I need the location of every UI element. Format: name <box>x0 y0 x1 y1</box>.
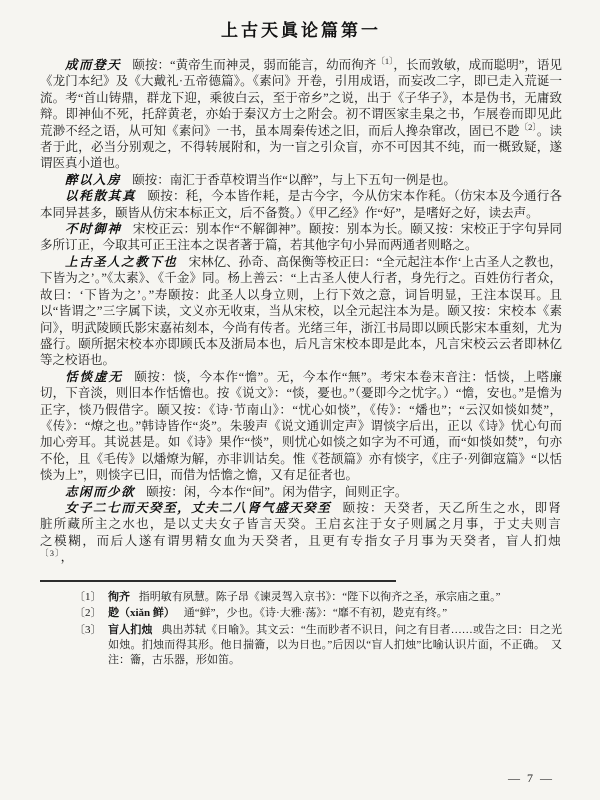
commentary-paragraph: 恬惔虚无颐按：惔，今本作“憺”。无，今本作“無”。考宋本卷末音注：恬惔，上嗒廉切… <box>40 369 562 484</box>
footnote-term: 徇齐 <box>108 591 130 603</box>
footnote-text: 徇齐指明敏有夙慧。陈子昂《谏灵驾入京书》：“陛下以徇齐之圣，承宗庙之重。” <box>108 590 562 605</box>
footnote-separator <box>40 580 396 582</box>
footnote-marker: 〔3〕 <box>74 623 108 667</box>
lemma-heading: 志闲而少欲 <box>65 485 135 499</box>
commentary-text: 颐按：惔，今本作“憺”。无，今本作“無”。考宋本卷末音注：恬惔，上嗒廉切，下音淡… <box>40 370 562 482</box>
lemma-heading: 醉以入房 <box>65 173 121 187</box>
commentary-paragraph: 成而登天颐按：“黄帝生而神灵，弱而能言，幼而徇齐〔1〕，长而敦敏，成而聪明”，语… <box>40 57 562 172</box>
footnote-marker: 〔2〕 <box>74 606 108 621</box>
footnote-item: 〔2〕 尟（xiǎn 鲜）通“鲜”，少也。《诗·大雅·荡》：“靡不有初，尟克有终… <box>40 606 562 621</box>
footnote-text: 盲人扪烛典出苏轼《日喻》。其文云：“生而眇者不识日，问之有目者……或告之曰：日之… <box>108 623 562 667</box>
commentary-paragraph: 以秏散其真颐按：秏，今本皆作耗，是古今字，今从仿宋本作秏。（仿宋本及今通行各本同… <box>40 188 562 221</box>
footnote-marker: 〔1〕 <box>74 590 108 605</box>
page-number: — 7 — <box>508 771 554 786</box>
scanned-book-page: 上古天眞论篇第一 成而登天颐按：“黄帝生而神灵，弱而能言，幼而徇齐〔1〕，长而敦… <box>0 0 600 800</box>
commentary-paragraph: 不时御神宋校正云：别本作“不解御神”。颐按：别本为长。颐又按：宋校正于字句异同多… <box>40 221 562 254</box>
lemma-heading: 成而登天 <box>65 58 121 72</box>
lemma-heading: 女子二七而天癸至，丈夫二八肾气盛天癸至 <box>65 501 331 515</box>
lemma-heading: 恬惔虚无 <box>65 370 123 384</box>
footnote-definition: 典出苏轼《日喻》。其文云：“生而眇者不识日，问之有目者……或告之曰：日之光如烛。… <box>108 624 562 666</box>
commentary-body: 成而登天颐按：“黄帝生而神灵，弱而能言，幼而徇齐〔1〕，长而敦敏，成而聪明”，语… <box>40 57 562 566</box>
commentary-text: 颐按：闲，今本作“间”。闲为借字，间则正字。 <box>146 485 407 499</box>
commentary-paragraph: 上古圣人之教下也宋林亿、孙奇、高保衡等校正曰：“全元起注本作‘上古圣人之教也，下… <box>40 254 562 369</box>
chapter-title: 上古天眞论篇第一 <box>40 16 562 41</box>
footnotes-section: 〔1〕 徇齐指明敏有夙慧。陈子昂《谏灵驾入京书》：“陛下以徇齐之圣，承宗庙之重。… <box>40 590 562 668</box>
footnote-term: 盲人扪烛 <box>108 624 153 636</box>
footnote-term: 尟（xiǎn 鲜） <box>108 607 175 619</box>
commentary-text: 颐按：“黄帝生而神灵，弱而能言，幼而徇齐〔1〕，长而敦敏，成而聪明”，语见《龙门… <box>40 58 562 170</box>
footnote-text: 尟（xiǎn 鲜）通“鲜”，少也。《诗·大雅·荡》：“靡不有初，尟克有终。” <box>108 606 562 621</box>
commentary-text: 颐按：南汇于香草校谓当作“以醉”，与上下五句一例是也。 <box>132 173 456 187</box>
commentary-paragraph: 志闲而少欲颐按：闲，今本作“间”。闲为借字，间则正字。 <box>40 484 562 500</box>
commentary-paragraph: 女子二七而天癸至，丈夫二八肾气盛天癸至颐按：天癸者，天乙所生之水，即肾脏所藏所主… <box>40 500 562 566</box>
lemma-heading: 上古圣人之教下也 <box>65 255 177 269</box>
footnote-definition: 指明敏有夙慧。陈子昂《谏灵驾入京书》：“陛下以徇齐之圣，承宗庙之重。” <box>139 591 501 603</box>
footnote-definition: 通“鲜”，少也。《诗·大雅·荡》：“靡不有初，尟克有终。” <box>184 607 447 619</box>
commentary-paragraph: 醉以入房颐按：南汇于香草校谓当作“以醉”，与上下五句一例是也。 <box>40 172 562 188</box>
footnote-item: 〔3〕 盲人扪烛典出苏轼《日喻》。其文云：“生而眇者不识日，问之有目者……或告之… <box>40 623 562 667</box>
lemma-heading: 以秏散其真 <box>65 189 136 203</box>
commentary-text: 宋林亿、孙奇、高保衡等校正曰：“全元起注本作‘上古圣人之教也，下皆为之’。”《太… <box>40 255 562 367</box>
footnote-item: 〔1〕 徇齐指明敏有夙慧。陈子昂《谏灵驾入京书》：“陛下以徇齐之圣，承宗庙之重。… <box>40 590 562 605</box>
lemma-heading: 不时御神 <box>65 222 122 236</box>
